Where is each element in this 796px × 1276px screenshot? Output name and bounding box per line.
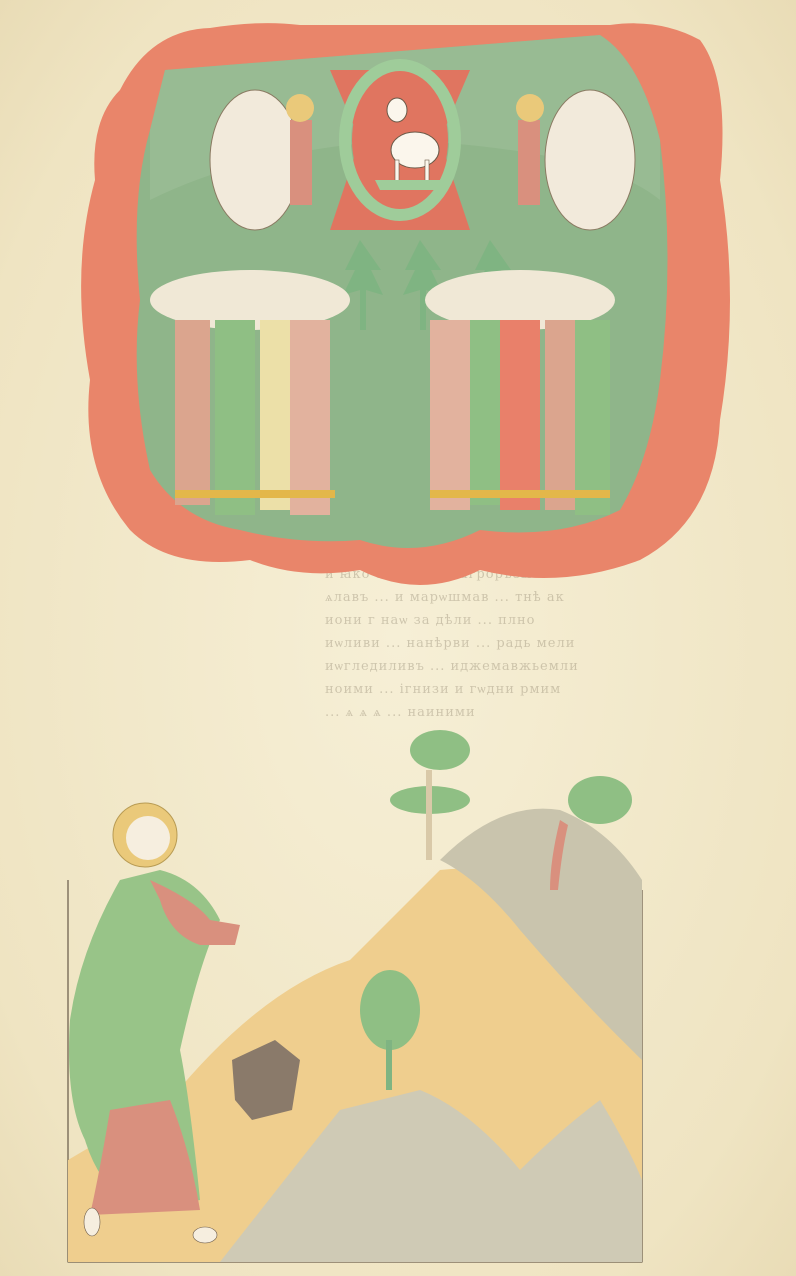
bottom-miniature — [68, 730, 642, 1262]
miniatures — [0, 0, 796, 1276]
saints-left — [150, 270, 350, 515]
saints-right — [425, 270, 615, 515]
top-miniature — [81, 23, 730, 585]
